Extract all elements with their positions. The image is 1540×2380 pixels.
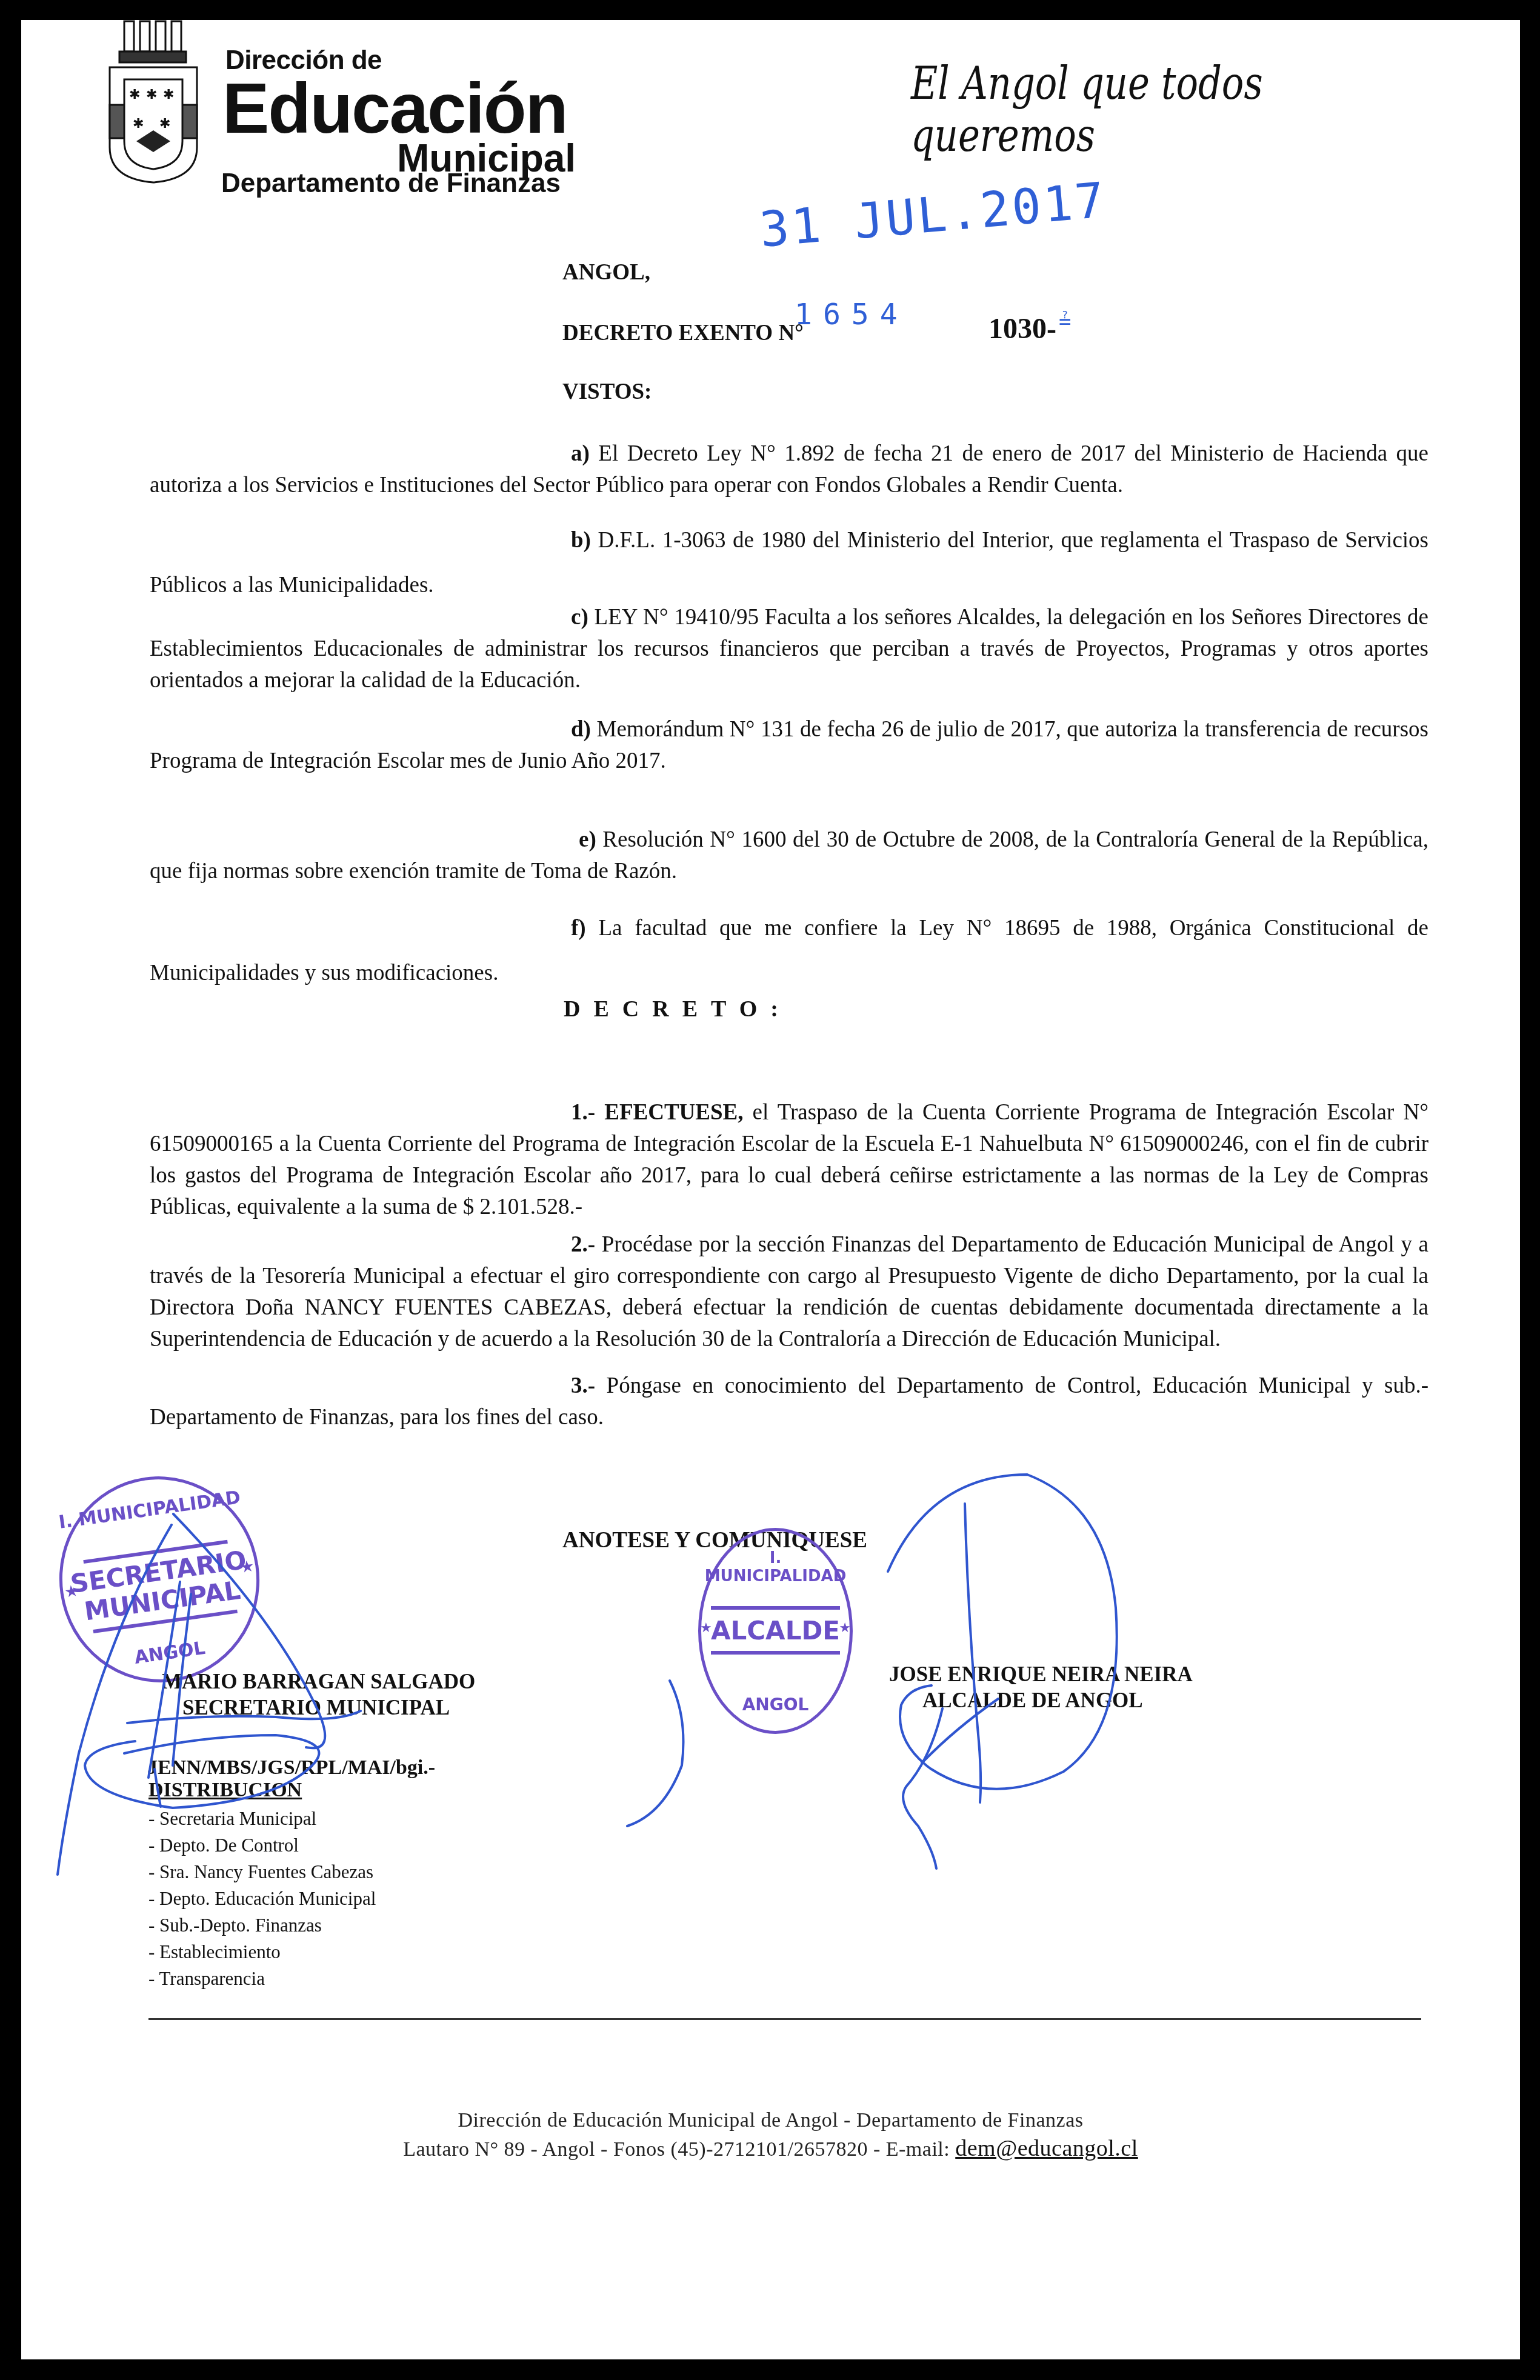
visto-d: d) Memorándum N° 131 de fecha 26 de juli… bbox=[150, 714, 1428, 777]
footer-divider bbox=[148, 2018, 1421, 2020]
svg-text:✱: ✱ bbox=[146, 87, 157, 102]
visto-c: c) LEY N° 19410/95 Faculta a los señores… bbox=[150, 602, 1428, 696]
article-1: 1.- EFECTUESE, el Traspaso de la Cuenta … bbox=[150, 1097, 1428, 1223]
distribution-item: - Sra. Nancy Fuentes Cabezas bbox=[148, 1859, 376, 1885]
article-3: 3.- Póngase en conocimiento del Departam… bbox=[150, 1370, 1428, 1433]
initial-mark-icon: ≟ bbox=[1059, 310, 1071, 334]
footer-line2: Lautaro N° 89 - Angol - Fonos (45)-27121… bbox=[21, 2135, 1520, 2162]
org-line2: Educación bbox=[222, 73, 567, 144]
distribution-item: - Sub.-Depto. Finanzas bbox=[148, 1912, 376, 1939]
svg-text:✱: ✱ bbox=[163, 87, 174, 102]
slogan: El Angol que todos queremos bbox=[911, 58, 1410, 162]
left-signatory-title: SECRETARIO MUNICIPAL bbox=[182, 1696, 450, 1720]
footer-line1: Dirección de Educación Municipal de Ango… bbox=[21, 2109, 1520, 2132]
svg-text:✱: ✱ bbox=[159, 116, 170, 132]
email-link[interactable]: dem@educangol.cl bbox=[955, 2136, 1138, 2161]
distribution-item: - Secretaria Municipal bbox=[148, 1805, 376, 1832]
date-stamp: 31 JUL.2017 bbox=[758, 172, 1109, 258]
visto-f: f) La facultad que me confiere la Ley N°… bbox=[150, 906, 1428, 996]
star-icon: ★ bbox=[63, 1582, 79, 1602]
coat-of-arms-icon: ✱✱✱ ✱✱ bbox=[106, 20, 200, 184]
visto-e: e) Resolución N° 1600 del 30 de Octubre … bbox=[150, 824, 1428, 887]
alcalde-seal: I. MUNICIPALIDAD ALCALDE ANGOL ★ ★ bbox=[698, 1528, 853, 1734]
right-signatory-name: JOSE ENRIQUE NEIRA NEIRA bbox=[889, 1662, 1193, 1687]
svg-text:✱: ✱ bbox=[129, 87, 140, 102]
article-2: 2.- Procédase por la sección Finanzas de… bbox=[150, 1229, 1428, 1355]
place: ANGOL, bbox=[562, 259, 650, 285]
svg-text:✱: ✱ bbox=[133, 116, 144, 132]
star-icon: ★ bbox=[700, 1621, 712, 1636]
distribution-title: DISTRIBUCION bbox=[148, 1779, 302, 1802]
distribution-item: - Establecimiento bbox=[148, 1939, 376, 1965]
star-icon: ★ bbox=[239, 1557, 255, 1577]
left-signatory-name: MARIO BARRAGAN SALGADO bbox=[162, 1670, 475, 1694]
distribution-item: - Depto. Educación Municipal bbox=[148, 1885, 376, 1912]
star-icon: ★ bbox=[839, 1621, 851, 1636]
distribution-item: - Transparencia bbox=[148, 1965, 376, 1992]
decree-number-stamp: 1654 bbox=[795, 298, 908, 332]
distribution-item: - Depto. De Control bbox=[148, 1832, 376, 1859]
vistos-label: VISTOS: bbox=[562, 379, 652, 405]
right-signatory-title: ALCALDE DE ANGOL bbox=[922, 1688, 1143, 1713]
org-line4: Departamento de Finanzas bbox=[221, 170, 561, 197]
visto-a: a) El Decreto Ley N° 1.892 de fecha 21 d… bbox=[150, 438, 1428, 501]
visto-b: b) D.F.L. 1-3063 de 1980 del Ministerio … bbox=[150, 518, 1428, 608]
distribution-list: - Secretaria Municipal - Depto. De Contr… bbox=[148, 1805, 376, 1992]
decree-suffix: 1030- bbox=[988, 312, 1056, 345]
initials: JENN/MBS/JGS/RPL/MAI/bgi.- bbox=[147, 1756, 435, 1779]
document-page: ✱✱✱ ✱✱ Dirección de Educación Municipal … bbox=[21, 20, 1520, 2359]
decreto-heading: DECRETO: bbox=[564, 996, 792, 1022]
secretario-seal: I. MUNICIPALIDAD SECRETARIO MUNICIPAL AN… bbox=[46, 1464, 273, 1696]
decree-label: DECRETO EXENTO N° bbox=[562, 320, 804, 346]
